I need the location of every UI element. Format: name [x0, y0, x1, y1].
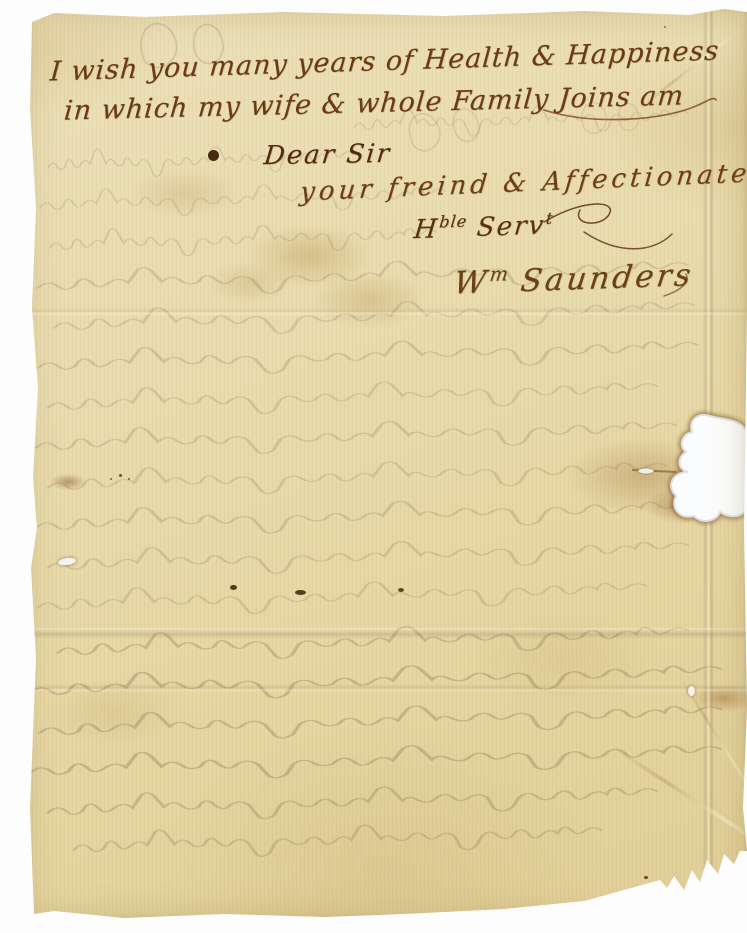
ink-speck	[119, 474, 122, 477]
fold-tear-sliver	[688, 686, 695, 696]
servant-ble-superscript: ble	[438, 212, 468, 232]
ink-spot	[644, 876, 648, 879]
servant-h: H	[412, 214, 440, 245]
ink-spot	[230, 585, 237, 590]
scanned-letter-page: { "letter": { "line1": "I wish you many …	[0, 0, 747, 933]
ink-speck	[128, 478, 130, 480]
horizontal-fold-crease-lower	[24, 628, 747, 639]
diagonal-crease	[609, 744, 747, 856]
diagonal-crease	[678, 675, 747, 804]
letter-paper-sheet: I wish you many years of Health & Happin…	[24, 8, 747, 920]
vertical-fold-crease	[702, 8, 714, 920]
letter-line-wish: I wish you many years of Health & Happin…	[49, 35, 720, 87]
letter-line-family: in which my wife & whole Family Joins am	[63, 80, 685, 126]
horizontal-fold-crease-upper	[24, 308, 747, 316]
edge-tear-sliver	[58, 557, 77, 566]
ink-speck	[664, 26, 666, 28]
tear-hole	[624, 408, 747, 538]
servant-t-superscript: t	[545, 209, 554, 228]
letter-servant-line: Hble Servt	[412, 209, 554, 246]
ink-spot	[398, 588, 404, 592]
letter-signature: Wm Saunders	[452, 256, 696, 302]
signature-surname: Saunders	[506, 257, 696, 300]
ink-speck	[110, 478, 112, 480]
horizontal-fold-crease-bottom	[24, 684, 747, 692]
ink-spot	[295, 590, 306, 595]
letter-salutation: Dear Sir	[262, 139, 392, 171]
signature-w: W	[452, 264, 491, 301]
servant-serv: Serv	[465, 210, 547, 243]
ink-blot	[208, 150, 219, 161]
